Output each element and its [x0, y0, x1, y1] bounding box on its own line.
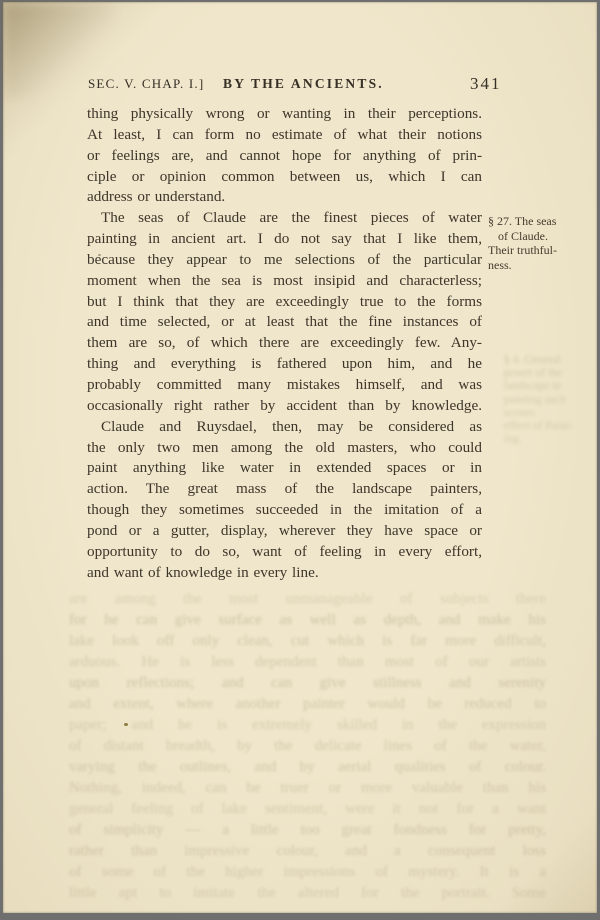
bleed-through-line: paper; and he is extremely skilled in th… [69, 715, 546, 736]
bleed-through-line: of simplicity — a little too great fondn… [69, 820, 546, 841]
page-number: 341 [470, 74, 502, 94]
bleed-through-note-line: landscape in [504, 380, 592, 393]
bleed-through-line: upon reflections; and can give stillness… [69, 673, 546, 694]
text-line: though they sometimes succeeded in the i… [87, 500, 482, 521]
bleed-through-note-line: painting such [504, 394, 592, 407]
body-text-column: thing physically wrong or wanting in the… [87, 104, 482, 583]
bleed-through-line: rather than impressive colour, and a con… [69, 841, 546, 862]
margin-note-line: § 27. The seas [488, 214, 592, 229]
paper-speck [124, 723, 128, 726]
text-line: pond or a gutter, display, wherever they… [87, 521, 482, 542]
running-header-title: BY THE ANCIENTS. [223, 76, 384, 92]
text-line: Claude and Ruysdael, then, may be consid… [87, 417, 482, 438]
bleed-through-note-line: ing. [504, 433, 592, 446]
bleed-through-note-line: power of the [504, 367, 592, 380]
bleed-through-line: for he can give surface as well as depth… [69, 610, 546, 631]
margin-note-line: ness. [488, 258, 592, 273]
book-page: SEC. V. CHAP. I.] BY THE ANCIENTS. 341 t… [3, 2, 597, 913]
bleed-through-line: general feeling of lake sentiment, were … [69, 799, 546, 820]
bleed-through-line: Nothing, indeed, can be truer or more va… [69, 778, 546, 799]
text-line: and time selected, or at least that the … [87, 312, 482, 333]
text-line: or feelings are, and cannot hope for any… [87, 146, 482, 167]
text-line: At least, I can form no estimate of what… [87, 125, 482, 146]
text-line: occasionally right rather by accident th… [87, 396, 482, 417]
text-line: painting in ancient art. I do not say th… [87, 229, 482, 250]
running-header-section: SEC. V. CHAP. I.] [88, 76, 204, 92]
text-line: opportunity to do so, want of feeling in… [87, 542, 482, 563]
bleed-through-line: of distant breadth, by the delicate line… [69, 736, 546, 757]
paper-speck [98, 254, 101, 256]
text-line: action. The great mass of the landscape … [87, 479, 482, 500]
bleed-through-line: are among the most unmanageable of subje… [69, 589, 546, 610]
running-header: SEC. V. CHAP. I.] BY THE ANCIENTS. 341 [3, 76, 597, 96]
text-line: ciple or opinion common between us, whic… [87, 167, 482, 188]
scan-frame: SEC. V. CHAP. I.] BY THE ANCIENTS. 341 t… [0, 0, 600, 920]
bleed-through-line: little apt to imitate the altered for th… [69, 883, 546, 904]
bleed-through-line: varying the outlines, and by aerial qual… [69, 757, 546, 778]
bleed-through-note-line: scenes. [504, 407, 592, 420]
margin-note-line: Their truthful- [488, 243, 592, 258]
bleed-through-text: are among the most unmanageable of subje… [69, 589, 546, 904]
text-line: them are so, of which there are exceedin… [87, 333, 482, 354]
text-line: but I think that they are exceedingly tr… [87, 292, 482, 313]
bleed-through-margin-note: § 4. Generalpower of thelandscape inpain… [504, 354, 592, 446]
text-line: thing physically wrong or wanting in the… [87, 104, 482, 125]
margin-note-line: of Claude. [488, 229, 592, 244]
text-line: The seas of Claude are the finest pieces… [87, 208, 482, 229]
bleed-through-note-line: effect of Paint- [504, 420, 592, 433]
bleed-through-line: arduous. He is less dependent than most … [69, 652, 546, 673]
text-line: the only two men among the old masters, … [87, 438, 482, 459]
text-line: moment when the sea is most insipid and … [87, 271, 482, 292]
bleed-through-line: lake look off only clean, cut which is f… [69, 631, 546, 652]
text-line: probably committed many mistakes himself… [87, 375, 482, 396]
bleed-through-line: and extent, where another painter would … [69, 694, 546, 715]
bleed-through-line: of some of the higher impressions of mys… [69, 862, 546, 883]
bleed-through-note-line: § 4. General [504, 354, 592, 367]
margin-note: § 27. The seasof Claude.Their truthful-n… [488, 214, 592, 272]
text-line: address or understand. [87, 187, 482, 208]
text-line: because they appear to me selections of … [87, 250, 482, 271]
text-line: paint anything like water in extended sp… [87, 458, 482, 479]
text-line: thing and everything is fathered upon hi… [87, 354, 482, 375]
text-line: and want of knowledge in every line. [87, 563, 482, 584]
